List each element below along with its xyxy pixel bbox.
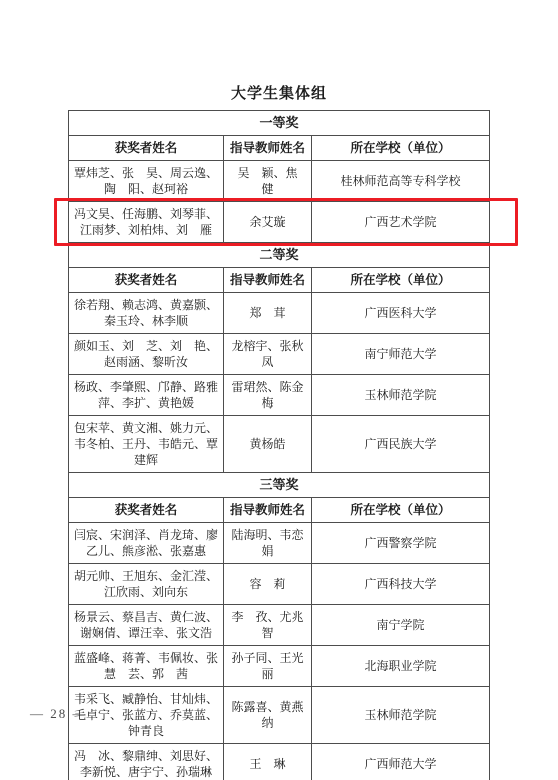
winners-cell: 徐若翔、赖志鸿、黄嘉颢、秦玉玲、林李顺 <box>69 293 224 334</box>
advisors-cell: 吴 颖、焦 健 <box>224 161 312 202</box>
winners-cell: 冯 冰、黎鼎绅、刘思好、李新悦、唐宇宁、孙瑞琳 <box>69 744 224 780</box>
column-header: 所在学校（单位） <box>312 136 490 161</box>
winners-cell: 冯文昊、任海鹏、刘琴菲、江雨梦、刘柏炜、刘 雁 <box>69 202 224 243</box>
column-header: 获奖者姓名 <box>69 498 224 523</box>
prize-label: 二等奖 <box>69 243 490 268</box>
page-title: 大学生集体组 <box>0 82 558 103</box>
advisors-cell: 容 莉 <box>224 564 312 605</box>
winners-cell: 胡元帅、王旭东、金汇滢、江欣雨、刘向东 <box>69 564 224 605</box>
award-row: 杨政、李肇熙、邝静、路雅萍、李扩、黄艳媛雷珺然、陈金梅玉林师范学院 <box>69 375 490 416</box>
award-row: 蓝盛峰、蒋菁、韦佩妆、张慧 芸、郭 茜孙子同、王光丽北海职业学院 <box>69 646 490 687</box>
prize-label: 一等奖 <box>69 111 490 136</box>
advisors-cell: 李 孜、尤兆智 <box>224 605 312 646</box>
column-header: 获奖者姓名 <box>69 136 224 161</box>
column-header-row: 获奖者姓名指导教师姓名所在学校（单位） <box>69 498 490 523</box>
winners-cell: 杨政、李肇熙、邝静、路雅萍、李扩、黄艳媛 <box>69 375 224 416</box>
award-row: 冯文昊、任海鹏、刘琴菲、江雨梦、刘柏炜、刘 雁余艾璇广西艺术学院 <box>69 202 490 243</box>
award-row: 徐若翔、赖志鸿、黄嘉颢、秦玉玲、林李顺郑 茸广西医科大学 <box>69 293 490 334</box>
winners-cell: 包宋苹、黄文湘、姚力元、韦冬柏、王丹、韦皓元、覃建辉 <box>69 416 224 473</box>
awards-table-body: 一等奖获奖者姓名指导教师姓名所在学校（单位）覃炜芝、张 昊、周云逸、陶 阳、赵珂… <box>69 111 490 780</box>
winners-cell: 颜如玉、刘 芝、刘 艳、赵雨涵、黎昕汝 <box>69 334 224 375</box>
award-row: 杨景云、蔡昌吉、黄仁波、谢娴倩、谭汪幸、张文浩李 孜、尤兆智南宁学院 <box>69 605 490 646</box>
column-header-row: 获奖者姓名指导教师姓名所在学校（单位） <box>69 268 490 293</box>
advisors-cell: 余艾璇 <box>224 202 312 243</box>
school-cell: 广西民族大学 <box>312 416 490 473</box>
school-cell: 玉林师范学院 <box>312 687 490 744</box>
award-row: 冯 冰、黎鼎绅、刘思好、李新悦、唐宇宁、孙瑞琳王 琳广西师范大学 <box>69 744 490 780</box>
column-header: 指导教师姓名 <box>224 498 312 523</box>
advisors-cell: 龙榕宇、张秋凤 <box>224 334 312 375</box>
school-cell: 广西艺术学院 <box>312 202 490 243</box>
award-row: 包宋苹、黄文湘、姚力元、韦冬柏、王丹、韦皓元、覃建辉黄杨皓广西民族大学 <box>69 416 490 473</box>
award-row: 覃炜芝、张 昊、周云逸、陶 阳、赵珂裕吴 颖、焦 健桂林师范高等专科学校 <box>69 161 490 202</box>
school-cell: 北海职业学院 <box>312 646 490 687</box>
school-cell: 南宁师范大学 <box>312 334 490 375</box>
advisors-cell: 陆海明、韦恋娟 <box>224 523 312 564</box>
column-header-row: 获奖者姓名指导教师姓名所在学校（单位） <box>69 136 490 161</box>
winners-cell: 闫宸、宋润泽、肖龙琦、廖乙儿、熊彦淞、张嘉惠 <box>69 523 224 564</box>
school-cell: 南宁学院 <box>312 605 490 646</box>
advisors-cell: 孙子同、王光丽 <box>224 646 312 687</box>
advisors-cell: 王 琳 <box>224 744 312 780</box>
column-header: 指导教师姓名 <box>224 136 312 161</box>
column-header: 所在学校（单位） <box>312 498 490 523</box>
award-row: 胡元帅、王旭东、金汇滢、江欣雨、刘向东容 莉广西科技大学 <box>69 564 490 605</box>
page-number: — 28 — <box>30 706 88 722</box>
prize-section-row: 一等奖 <box>69 111 490 136</box>
advisors-cell: 雷珺然、陈金梅 <box>224 375 312 416</box>
school-cell: 广西师范大学 <box>312 744 490 780</box>
prize-section-row: 三等奖 <box>69 473 490 498</box>
column-header: 指导教师姓名 <box>224 268 312 293</box>
prize-section-row: 二等奖 <box>69 243 490 268</box>
school-cell: 广西科技大学 <box>312 564 490 605</box>
award-row: 闫宸、宋润泽、肖龙琦、廖乙儿、熊彦淞、张嘉惠陆海明、韦恋娟广西警察学院 <box>69 523 490 564</box>
prize-label: 三等奖 <box>69 473 490 498</box>
column-header: 获奖者姓名 <box>69 268 224 293</box>
award-row: 颜如玉、刘 芝、刘 艳、赵雨涵、黎昕汝龙榕宇、张秋凤南宁师范大学 <box>69 334 490 375</box>
column-header: 所在学校（单位） <box>312 268 490 293</box>
winners-cell: 韦采飞、臧静怡、甘灿炜、毛卓宁、张蓝方、乔莫蓝、钟青良 <box>69 687 224 744</box>
document-page: 大学生集体组 一等奖获奖者姓名指导教师姓名所在学校（单位）覃炜芝、张 昊、周云逸… <box>0 0 558 780</box>
school-cell: 桂林师范高等专科学校 <box>312 161 490 202</box>
winners-cell: 蓝盛峰、蒋菁、韦佩妆、张慧 芸、郭 茜 <box>69 646 224 687</box>
school-cell: 玉林师范学院 <box>312 375 490 416</box>
awards-table: 一等奖获奖者姓名指导教师姓名所在学校（单位）覃炜芝、张 昊、周云逸、陶 阳、赵珂… <box>68 110 490 780</box>
winners-cell: 杨景云、蔡昌吉、黄仁波、谢娴倩、谭汪幸、张文浩 <box>69 605 224 646</box>
school-cell: 广西医科大学 <box>312 293 490 334</box>
advisors-cell: 黄杨皓 <box>224 416 312 473</box>
advisors-cell: 陈露喜、黄燕纳 <box>224 687 312 744</box>
advisors-cell: 郑 茸 <box>224 293 312 334</box>
award-row: 韦采飞、臧静怡、甘灿炜、毛卓宁、张蓝方、乔莫蓝、钟青良陈露喜、黄燕纳玉林师范学院 <box>69 687 490 744</box>
winners-cell: 覃炜芝、张 昊、周云逸、陶 阳、赵珂裕 <box>69 161 224 202</box>
school-cell: 广西警察学院 <box>312 523 490 564</box>
